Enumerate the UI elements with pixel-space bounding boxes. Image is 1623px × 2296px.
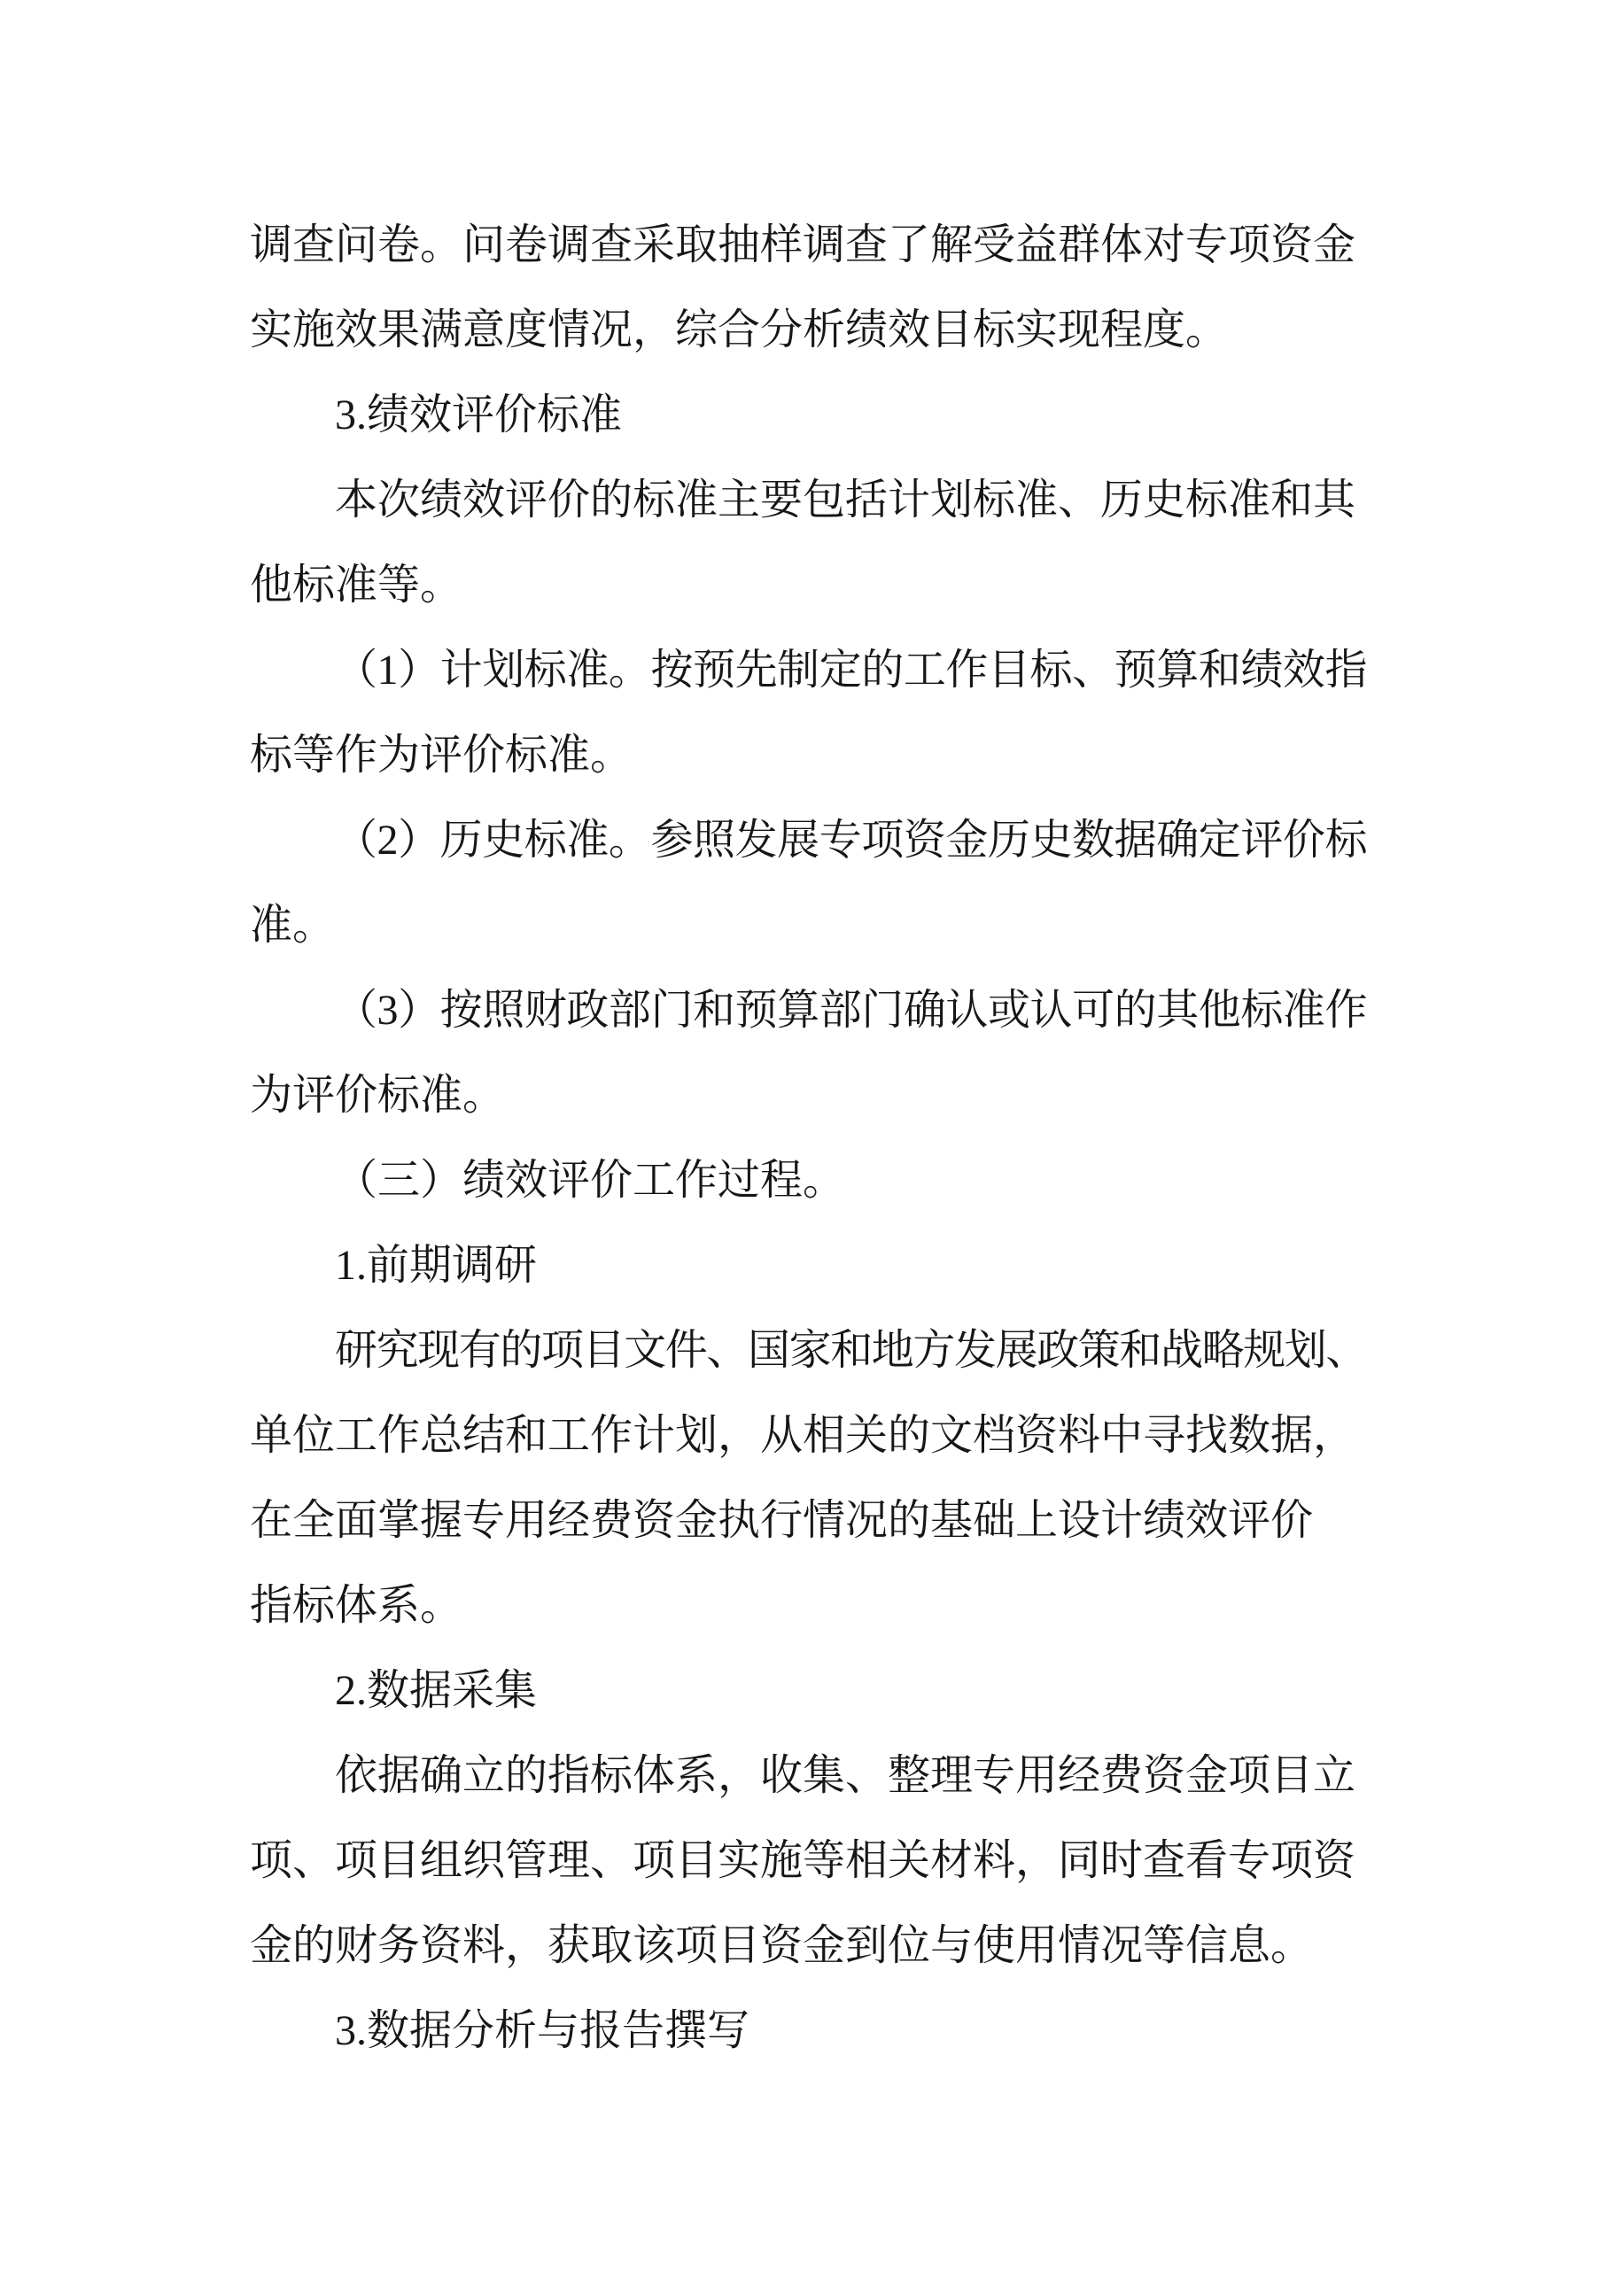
text-line: 3.数据分析与报告撰写 (250, 1989, 1367, 2074)
text-line: （2）历史标准。参照发展专项资金历史数据确定评价标 (250, 798, 1367, 883)
document-page: 调查问卷。问卷调查采取抽样调查了解受益群体对专项资金实施效果满意度情况，综合分析… (0, 0, 1623, 2296)
text-line: 准。 (250, 883, 1367, 968)
text-line: 指标体系。 (250, 1563, 1367, 1648)
text-line: 在全面掌握专用经费资金执行情况的基础上设计绩效评价 (250, 1478, 1367, 1563)
text-line: 调查问卷。问卷调查采取抽样调查了解受益群体对专项资金 (250, 203, 1367, 288)
text-line: （3）按照财政部门和预算部门确认或认可的其他标准作 (250, 968, 1367, 1053)
text-line: 依据确立的指标体系，收集、整理专用经费资金项目立 (250, 1734, 1367, 1819)
text-line: 为评价标准。 (250, 1053, 1367, 1138)
text-line: 2.数据采集 (250, 1648, 1367, 1734)
text-line: （1）计划标准。按预先制定的工作目标、预算和绩效指 (250, 628, 1367, 713)
text-line: （三）绩效评价工作过程。 (250, 1138, 1367, 1223)
text-line: 研究现有的项目文件、国家和地方发展政策和战略规划、 (250, 1308, 1367, 1393)
text-line: 金的财务资料，获取该项目资金到位与使用情况等信息。 (250, 1904, 1367, 1989)
text-line: 项、项目组织管理、项目实施等相关材料，同时查看专项资 (250, 1819, 1367, 1904)
text-line: 3.绩效评价标准 (250, 373, 1367, 458)
text-line: 1.前期调研 (250, 1223, 1367, 1308)
text-line: 他标准等。 (250, 543, 1367, 628)
text-line: 标等作为评价标准。 (250, 713, 1367, 798)
text-line: 单位工作总结和工作计划，从相关的文档资料中寻找数据， (250, 1393, 1367, 1478)
text-line: 本次绩效评价的标准主要包括计划标准、历史标准和其 (250, 458, 1367, 543)
document-body: 调查问卷。问卷调查采取抽样调查了解受益群体对专项资金实施效果满意度情况，综合分析… (250, 203, 1367, 2074)
text-line: 实施效果满意度情况，综合分析绩效目标实现程度。 (250, 288, 1367, 373)
